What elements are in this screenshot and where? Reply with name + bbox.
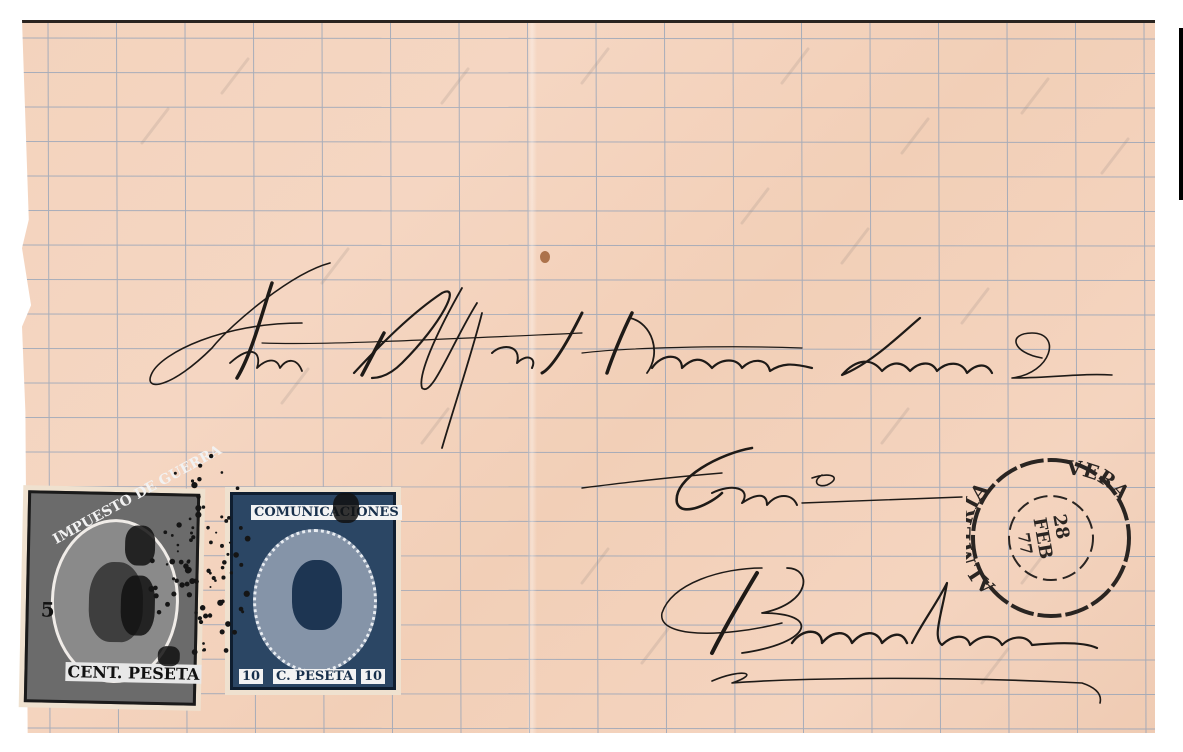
stamp-value-right: 10: [361, 669, 385, 684]
stamp-top-text: COMUNICACIONES: [251, 505, 402, 520]
dotted-cancellation: [140, 440, 260, 710]
postmark-town-left: ALMERIA: [966, 477, 1000, 600]
svg-text:VERA: VERA: [1065, 455, 1135, 504]
stamp-portrait-frame: [253, 529, 377, 673]
cancellation-mark: [333, 493, 359, 523]
stamp-value: 5: [40, 598, 54, 622]
postmark-year: 77: [1014, 531, 1037, 556]
king-portrait: [292, 560, 342, 630]
stamp-bottom-text: C. PESETA: [273, 669, 356, 684]
postmark-vera-almeria: ALMERIA VERA 28 FEB 77: [966, 455, 1136, 621]
svg-text:ALMERIA: ALMERIA: [966, 477, 1000, 600]
postmark-town-right: VERA: [1065, 455, 1135, 504]
scan-edge-bar: [1179, 28, 1183, 200]
